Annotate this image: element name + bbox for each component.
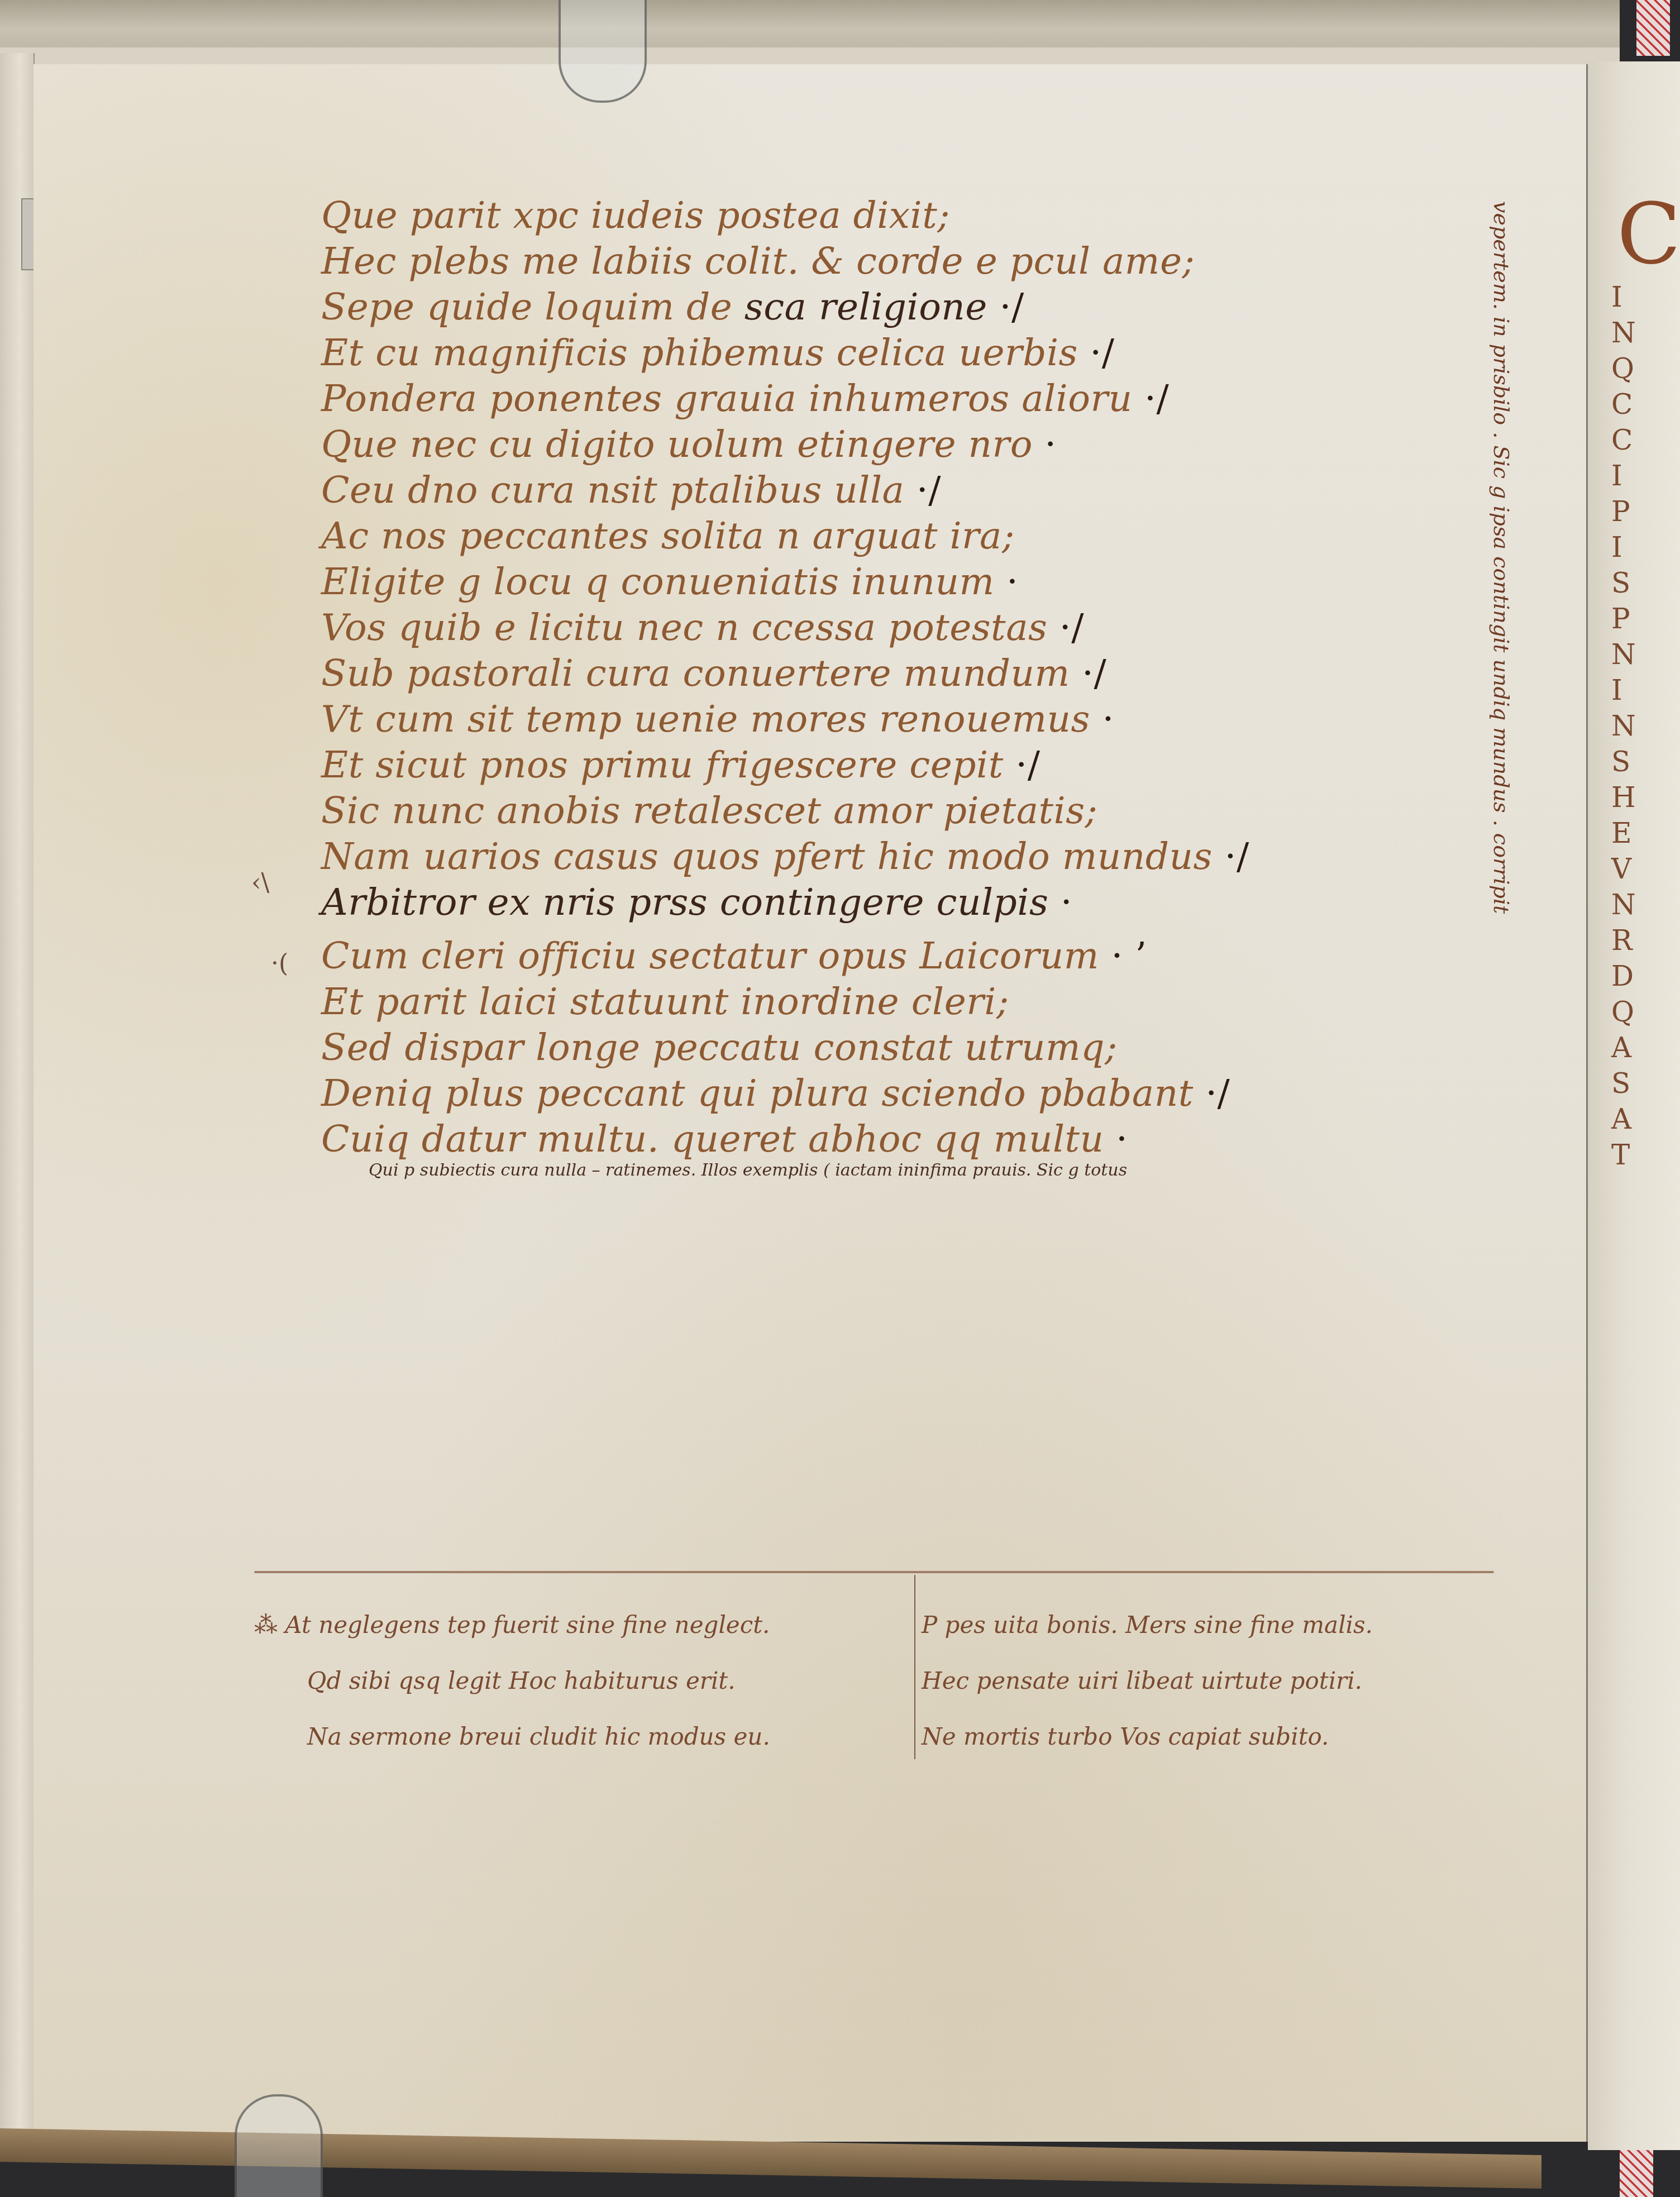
facing-page-initial: V	[1611, 851, 1636, 887]
verse-line: Eligite g locu q conueniatis inunum ·	[321, 559, 1494, 605]
lower-right-column: P pes uita bonis. Mers sine fine malis. …	[922, 1597, 1373, 1765]
facing-page-initial: N	[1611, 315, 1636, 351]
facing-page-initial: I	[1611, 672, 1636, 708]
verse-line: Et cu magnificis phibemus celica uerbis …	[321, 330, 1494, 376]
facing-page-initial: Q	[1611, 351, 1636, 386]
verse-line: Sub pastorali cura conuertere mundum ·/	[321, 651, 1494, 696]
lower-verse: Hec pensate uiri libeat uirtute potiri.	[922, 1653, 1373, 1709]
facing-page-initial: I	[1611, 529, 1636, 565]
verse-line: Cum cleri officiu sectatur opus Laicorum…	[321, 933, 1494, 979]
lower-verse: ⁂ At neglegens tep fuerit sine fine negl…	[254, 1597, 770, 1653]
verse-line: Deniq plus peccant qui plura sciendo pba…	[321, 1071, 1494, 1116]
lower-verse: Ne mortis turbo Vos capiat subito.	[922, 1709, 1373, 1765]
page-clip-bottom	[235, 2094, 323, 2197]
verse-line: Et parit laici statuunt inordine cleri;	[321, 979, 1494, 1025]
verse-line: Ceu dno cura nsit ptalibus ulla ·/	[321, 467, 1494, 513]
facing-page-initial: S	[1611, 1066, 1636, 1101]
facing-page-initial: N	[1611, 887, 1636, 923]
verse-line: Sic nunc anobis retalescet amor pietatis…	[321, 788, 1494, 834]
facing-page-edge: C INQCCIPISPNINSHEVNRDQASAT	[1588, 61, 1680, 2150]
bookmark-ribbon-bottom	[1620, 2150, 1653, 2197]
interlinear-gloss: Qui p subiectis cura nulla – ratinemes. …	[369, 1160, 1127, 1180]
verse-line: Que nec cu digito uolum etingere nro ·	[321, 422, 1494, 467]
facing-page-initial: A	[1611, 1030, 1636, 1066]
verse-line: Cuiq datur multu. queret abhoc qq multu …	[321, 1116, 1494, 1162]
verse-line: Pondera ponentes grauia inhumeros alioru…	[321, 376, 1494, 422]
verse-line: Que parit xpc iudeis postea dixit;	[321, 193, 1494, 238]
verse-line: Sepe quide loquim de sca religione ·/	[321, 284, 1494, 330]
lower-left-column: ⁂ At neglegens tep fuerit sine fine negl…	[254, 1597, 770, 1765]
facing-page-initial: S	[1611, 565, 1636, 601]
column-divider	[914, 1575, 915, 1759]
facing-page-initial: R	[1611, 923, 1636, 958]
lower-verse: Qd sibi qsq legit Hoc habiturus erit.	[254, 1653, 770, 1709]
facing-page-initial: N	[1611, 637, 1636, 672]
facing-page-initial: C	[1611, 386, 1636, 422]
facing-page-initial: P	[1611, 601, 1636, 637]
verse-line: Arbitror ex nris prss contingere culpis …	[321, 880, 1494, 925]
lower-verse: Na sermone breui cludit hic modus eu.	[254, 1709, 770, 1765]
facing-page-initial: H	[1611, 780, 1636, 815]
facing-page-initial: D	[1611, 958, 1636, 994]
page-top-edge	[0, 47, 1620, 66]
bookmark-ribbon-top	[1636, 0, 1670, 56]
verse-line: Vt cum sit temp uenie mores renouemus ·	[321, 696, 1494, 742]
facing-page-initial: Q	[1611, 994, 1636, 1030]
verse-line: Vos quib e licitu nec n ccessa potestas …	[321, 605, 1494, 651]
vertical-margin-note: vepertem. in prisbilo . Sic g ipsa conti…	[1480, 201, 1514, 1139]
left-margin-mark: ‹\	[251, 868, 269, 897]
verse-line: Hec plebs me labiis colit. & corde e pcu…	[321, 238, 1494, 284]
main-text-block: Que parit xpc iudeis postea dixit; Hec p…	[321, 193, 1494, 1162]
verse-line: Et sicut pnos primu frigescere cepit ·/	[321, 742, 1494, 788]
facing-page-initial: I	[1611, 279, 1636, 315]
left-margin-mark: ·(	[271, 949, 288, 978]
verse-line: Nam uarios casus quos pfert hic modo mun…	[321, 834, 1494, 880]
facing-page-initial: T	[1611, 1137, 1636, 1173]
facing-page-initial: P	[1611, 494, 1636, 529]
ruled-divider	[254, 1571, 1494, 1573]
facing-page-line-initials: INQCCIPISPNINSHEVNRDQASAT	[1611, 279, 1636, 1173]
facing-page-initial: I	[1611, 458, 1636, 494]
page-stack-left-edge	[0, 53, 35, 2158]
lower-verse: P pes uita bonis. Mers sine fine malis.	[922, 1597, 1373, 1653]
page-clip-top	[559, 0, 647, 103]
facing-page-initial: A	[1611, 1101, 1636, 1137]
verse-line: Sed dispar longe peccatu constat utrumq;	[321, 1025, 1494, 1071]
facing-page-initial: S	[1611, 744, 1636, 780]
facing-page-large-initial: C	[1617, 193, 1680, 276]
facing-page-initial: N	[1611, 708, 1636, 744]
facing-page-initial: E	[1611, 815, 1636, 851]
facing-page-initial: C	[1611, 422, 1636, 458]
verse-line: Ac nos peccantes solita n arguat ira;	[321, 513, 1494, 559]
